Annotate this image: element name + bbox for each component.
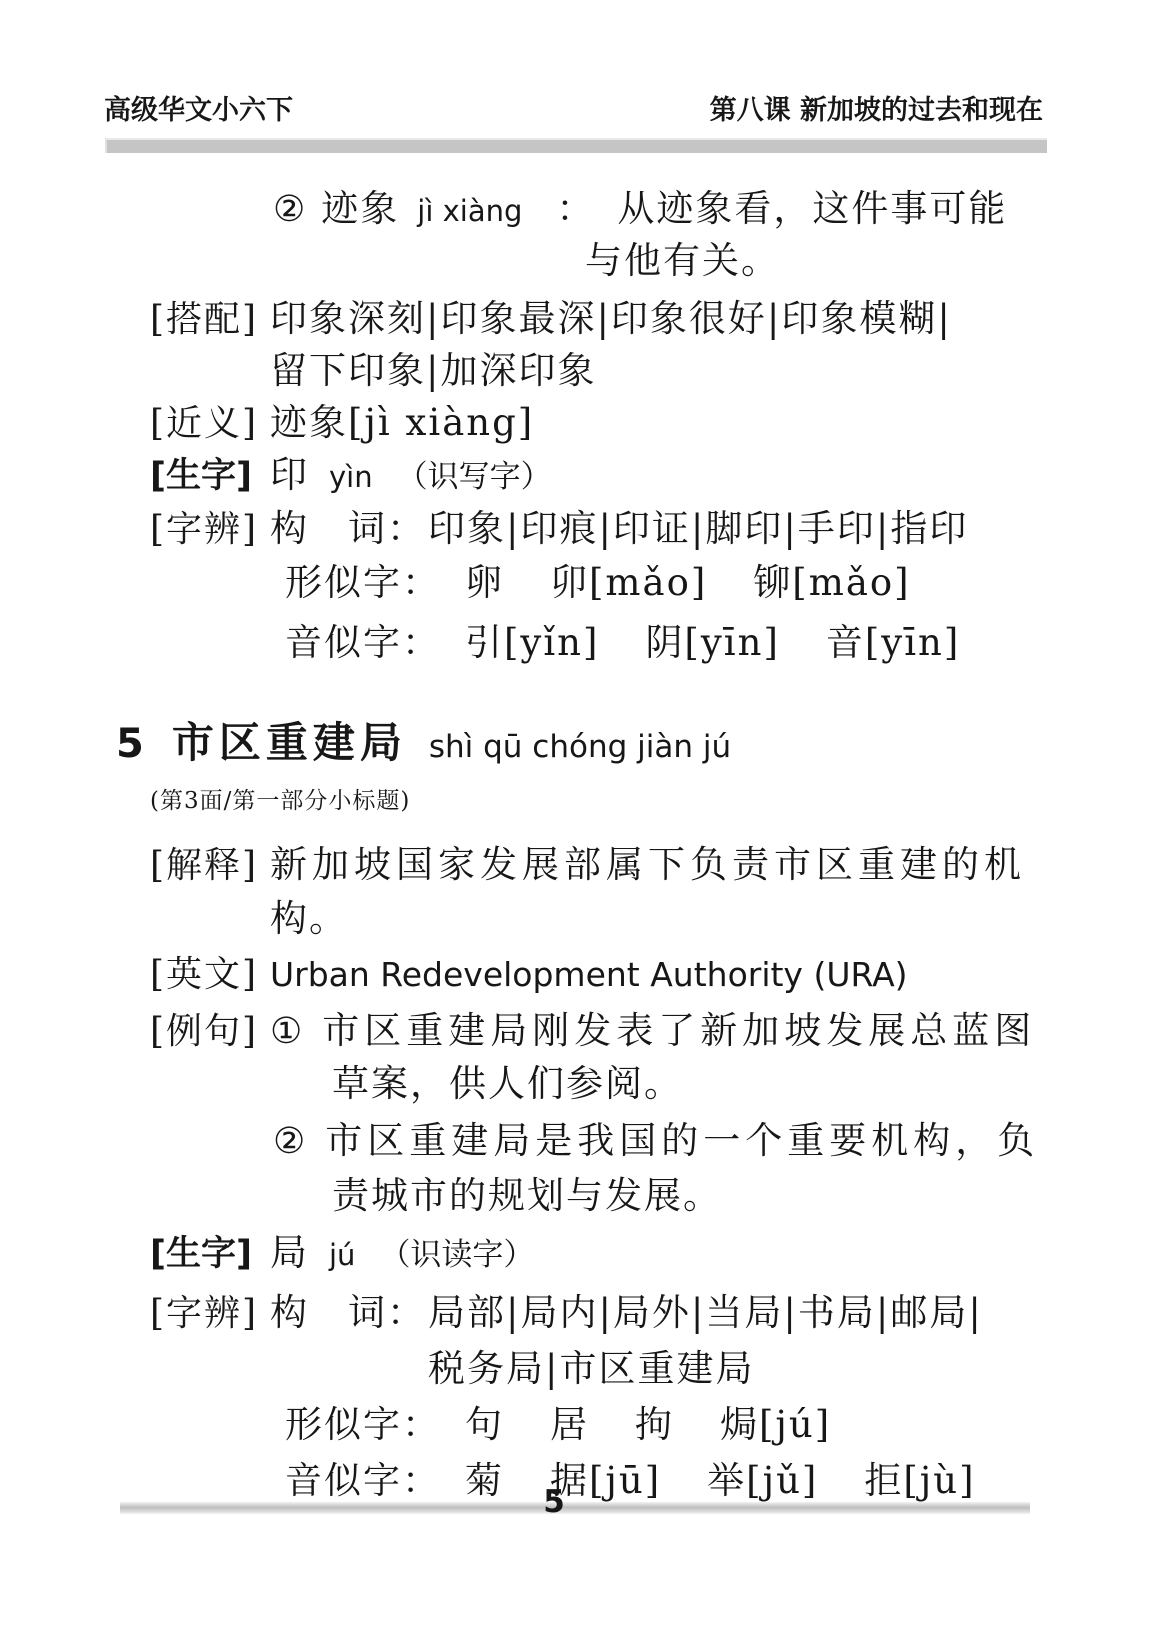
entry-headword: 市区重建局 — [172, 710, 407, 770]
example-row-1: [例句] ① 市区重建局刚发表了新加坡发展总蓝图 — [150, 1000, 1036, 1054]
shape-item: 卯[mǎo] — [550, 552, 707, 606]
sound2-label: 音似字： — [285, 1450, 441, 1504]
synonym-label: [近义] — [150, 395, 270, 446]
footer-divider-bar — [120, 1502, 1030, 1514]
sound-similar-row-2: 音似字： 菊 据[jū] 举[jǔ] 拒[jù] — [285, 1450, 1022, 1504]
example-word-pinyin: jì xiàng — [417, 194, 522, 228]
newchar2-char: 局 — [270, 1222, 309, 1276]
header-divider-bar — [105, 138, 1047, 153]
sound-similar-label: 音似字： — [285, 612, 441, 666]
example-2-line2: 责城市的规划与发展。 — [332, 1165, 722, 1219]
collocation-row-cont: 留下印象|加深印象 — [270, 340, 596, 394]
example-text: 从迹象看，这件事可能 — [617, 178, 1007, 232]
newchar-pinyin: yìn — [329, 460, 373, 494]
sound-item: 引[yǐn] — [465, 612, 599, 666]
example-1-number: ① — [270, 1011, 304, 1052]
examples-label: [例句] — [150, 1003, 270, 1054]
shape-item: 拘 — [635, 1394, 674, 1448]
sound-item: 阴[yīn] — [645, 612, 779, 666]
zibian2-label: [字辨] — [150, 1285, 270, 1336]
example-text-cont: 与他有关。 — [585, 230, 780, 284]
sound-item: 音[yīn] — [826, 612, 960, 666]
english-row: [英文] Urban Redevelopment Authority (URA) — [150, 946, 908, 997]
english-label: [英文] — [150, 946, 270, 997]
shape-similar-label: 形似字： — [285, 552, 441, 606]
sound-item: 拒[jù] — [864, 1450, 975, 1504]
example-1-cont: 草案，供人们参阅。 — [332, 1053, 683, 1107]
zibian2-compounds-row: [字辨] 构 词： 局部|局内|局外|当局|书局|邮局| — [150, 1282, 983, 1336]
shape-item: 焗[jú] — [720, 1394, 831, 1448]
compounds2-line2: 税务局|市区重建局 — [428, 1338, 754, 1392]
compounds-text: 印象|印痕|印证|脚印|手印|指印 — [428, 498, 968, 552]
sound-similar-row: 音似字： 引[yǐn] 阴[yīn] 音[yīn] — [285, 612, 1006, 666]
example-2-line1: ② 迹象 jì xiàng ： 从迹象看，这件事可能 — [273, 178, 1007, 232]
example-2-cont: 责城市的规划与发展。 — [332, 1165, 722, 1219]
textbook-page: 高级华文小六下 第八课 新加坡的过去和现在 ② 迹象 jì xiàng ： 从迹… — [0, 0, 1149, 1648]
example-number: ② — [273, 189, 307, 230]
example-2-line2: 与他有关。 — [585, 230, 780, 284]
shape-item: 句 — [465, 1394, 504, 1448]
compounds2-label: 构 词： — [270, 1282, 428, 1336]
newchar2-note: （识读字） — [379, 1229, 534, 1274]
newchar-note: （识写字） — [397, 451, 552, 496]
shape2-label: 形似字： — [285, 1394, 441, 1448]
example-1-line2: 草案，供人们参阅。 — [332, 1053, 683, 1107]
shape-similar-row-2: 形似字： 句 居 拘 焗[jú] — [285, 1394, 877, 1448]
synonym-text: 迹象[jì xiàng] — [270, 392, 534, 446]
collocation-row: [搭配] 印象深刻|印象最深|印象很好|印象模糊| — [150, 288, 952, 342]
definition-line2: 构。 — [270, 888, 348, 942]
definition-row-cont: 构。 — [270, 888, 348, 942]
page-number: 5 — [534, 1484, 574, 1520]
zibian-compounds-row: [字辨] 构 词： 印象|印痕|印证|脚印|手印|指印 — [150, 498, 968, 552]
newchar2-pinyin: jú — [329, 1238, 355, 1272]
zibian2-compounds-cont: 税务局|市区重建局 — [428, 1338, 754, 1392]
example-2-line1: 市区重建局是我国的一个重要机构，负 — [325, 1110, 1039, 1164]
compounds-label: 构 词： — [270, 498, 428, 552]
newchar-label: [生字] — [150, 448, 270, 498]
example-colon: ： — [556, 178, 595, 232]
example-row-2: ② 市区重建局是我国的一个重要机构，负 — [273, 1110, 1039, 1164]
sound-item: 举[jǔ] — [707, 1450, 818, 1504]
compounds2-line1: 局部|局内|局外|当局|书局|邮局| — [428, 1282, 983, 1336]
shape-item: 卵 — [465, 552, 504, 606]
collocation-line2: 留下印象|加深印象 — [270, 340, 596, 394]
definition-label: [解释] — [150, 837, 270, 888]
example-2-number: ② — [273, 1121, 307, 1162]
example-1-line1: 市区重建局刚发表了新加坡发展总蓝图 — [322, 1000, 1036, 1054]
shape-similar-row: 形似字： 卵 卯[mǎo] 铆[mǎo] — [285, 552, 957, 606]
entry5-heading: 5 市区重建局 shì qū chóng jiàn jú — [116, 710, 731, 770]
english-text: Urban Redevelopment Authority (URA) — [270, 955, 908, 994]
example-word: 迹象 — [321, 178, 399, 232]
newchar2-label: [生字] — [150, 1226, 270, 1276]
entry-headword-pinyin: shì qū chóng jiàn jú — [429, 729, 731, 765]
zibian-label: [字辨] — [150, 501, 270, 552]
shape-item: 铆[mǎo] — [753, 552, 910, 606]
newchar-char: 印 — [270, 444, 309, 498]
collocation-line1: 印象深刻|印象最深|印象很好|印象模糊| — [270, 288, 952, 342]
shape-item: 居 — [550, 1394, 589, 1448]
entry-number: 5 — [116, 721, 144, 767]
newchar-row: [生字] 印 yìn （识写字） — [150, 444, 552, 498]
sound-item: 菊 — [465, 1450, 504, 1504]
definition-line1: 新加坡国家发展部属下负责市区重建的机 — [270, 834, 1026, 888]
synonym-row: [近义] 迹象[jì xiàng] — [150, 392, 534, 446]
definition-row: [解释] 新加坡国家发展部属下负责市区重建的机 — [150, 834, 1026, 888]
lesson-title: 第八课 新加坡的过去和现在 — [710, 88, 1043, 127]
collocation-label: [搭配] — [150, 291, 270, 342]
source-note: (第3面/第一部分小标题) — [150, 782, 410, 815]
book-title: 高级华文小六下 — [104, 88, 293, 127]
newchar-row-2: [生字] 局 jú （识读字） — [150, 1222, 534, 1276]
